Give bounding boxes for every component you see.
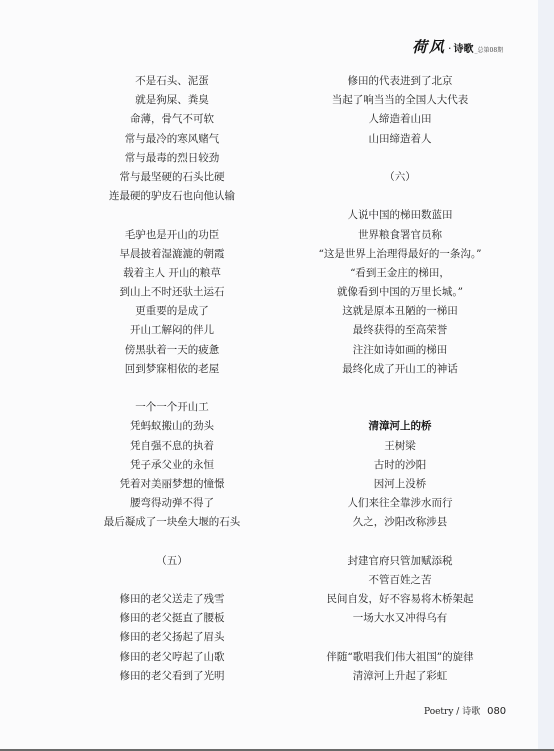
poem-line: 伴随“歌唱我们伟大祖国”的旋律 (290, 648, 510, 667)
poem-line: 早晨披着湿漉漉的朝霞 (62, 245, 282, 264)
poem-line: 凭子承父业的永恒 (62, 456, 282, 475)
poem-line: 修田的老父扬起了眉头 (62, 628, 282, 647)
poem-line: 凭着对美丽梦想的憧憬 (62, 475, 282, 494)
poem-line: 到山上不时还驮土运石 (62, 283, 282, 302)
poem-line: 修田的代表进到了北京 (290, 72, 510, 91)
poem-line: 久之，沙阳改称涉县 (290, 513, 510, 532)
poem-line: 一场大水又冲得乌有 (290, 609, 510, 628)
poem-line: 命薄，骨气不可软 (62, 110, 282, 129)
poem-line: 就像看到中国的万里长城。” (290, 283, 510, 302)
poem-line: 毛驴也是开山的功臣 (62, 226, 282, 245)
poem-line: 古时的沙阳 (290, 456, 510, 475)
poem-line: 凭自强不息的执着 (62, 437, 282, 456)
stanza-break (290, 533, 510, 552)
stanza-break (62, 571, 282, 590)
poem-line: 凭蚂蚁搬山的劲头 (62, 417, 282, 436)
stanza-break (290, 187, 510, 206)
magazine-page: 荷风 · 诗歌 _总第08期 不是石头、泥蛋就是狗屎、粪臭命薄，骨气不可软常与最… (0, 0, 538, 749)
poem-line: 这就是原本丑陋的一梯田 (290, 302, 510, 321)
page-number: 080 (487, 706, 506, 717)
stanza-break (290, 628, 510, 647)
page-footer: Poetry / 诗歌 080 (424, 704, 506, 717)
stanza-break (290, 398, 510, 417)
footer-label: Poetry / 诗歌 (424, 707, 480, 717)
poem-line: 清漳河上升起了彩虹 (290, 667, 510, 686)
poem-line: 回到梦寐相依的老屋 (62, 360, 282, 379)
poem-line: 腰弯得动弹不得了 (62, 494, 282, 513)
viewer-edge (538, 0, 554, 749)
poem-line: 不是石头、泥蛋 (62, 72, 282, 91)
poem-line: 修田的老父挺直了腰板 (62, 609, 282, 628)
poem-line: 最后凝成了一块垒大堰的石头 (62, 513, 282, 532)
poem-line: 开山工解闷的伴儿 (62, 321, 282, 340)
poem-line: （五） (62, 552, 282, 571)
poem-line: 就是狗屎、粪臭 (62, 91, 282, 110)
poem-line: 封建官府只管加赋添税 (290, 552, 510, 571)
poem-line: 修田的老父看到了光明 (62, 667, 282, 686)
poem-line: 常与最坚硬的石头比硬 (62, 168, 282, 187)
stanza-break (290, 379, 510, 398)
poem-line: 山田缔造着人 (290, 130, 510, 149)
poem-line: 当起了响当当的全国人大代表 (290, 91, 510, 110)
poem-line: 更重要的是成了 (62, 302, 282, 321)
poem-line: 连最硬的驴皮石也向他认输 (62, 187, 282, 206)
poem-line: “看到王金庄的梯田， (290, 264, 510, 283)
section-title: 诗歌 (454, 40, 474, 55)
poem-line: 不管百姓之苦 (290, 571, 510, 590)
issue-number: _总第08期 (475, 45, 504, 54)
magazine-brand: 荷风 (412, 36, 446, 57)
poem-line: “这是世界上治理得最好的一条沟。” (290, 245, 510, 264)
stanza-break (62, 206, 282, 225)
poem-line: 因河上没桥 (290, 475, 510, 494)
poem-title: 清漳河上的桥 (290, 417, 510, 436)
poem-line: 最终获得的至高荣誉 (290, 321, 510, 340)
poem-line: 载着主人 开山的粮草 (62, 264, 282, 283)
poem-line: （六） (290, 168, 510, 187)
stanza-break (290, 149, 510, 168)
poem-line: 世界粮食署官员称 (290, 226, 510, 245)
stanza-break (62, 533, 282, 552)
poem-line: 常与最冷的寒风赌气 (62, 130, 282, 149)
poem-column-right: 修田的代表进到了北京当起了响当当的全国人大代表人缔造着山田山田缔造着人（六）人说… (290, 72, 510, 686)
poem-line: 修田的老父送走了残雪 (62, 590, 282, 609)
poem-line: 王树梁 (290, 437, 510, 456)
poem-line: 修田的老父哼起了山歌 (62, 648, 282, 667)
poem-line: 注注如诗如画的梯田 (290, 341, 510, 360)
page-header: 荷风 · 诗歌 _总第08期 (412, 36, 503, 56)
poem-line: 人说中国的梯田数蓝田 (290, 206, 510, 225)
poem-line: 一个一个开山工 (62, 398, 282, 417)
poem-line: 人缔造着山田 (290, 110, 510, 129)
poem-line: 最终化成了开山工的神话 (290, 360, 510, 379)
poem-line: 常与最毒的烈日较劲 (62, 149, 282, 168)
poem-line: 傍黑驮着一天的疲惫 (62, 341, 282, 360)
poem-line: 民间自发，好不容易将木桥架起 (290, 590, 510, 609)
poem-line: 人们来往全靠涉水而行 (290, 494, 510, 513)
header-separator: · (448, 42, 452, 55)
poem-column-left: 不是石头、泥蛋就是狗屎、粪臭命薄，骨气不可软常与最冷的寒风赌气常与最毒的烈日较劲… (62, 72, 282, 686)
stanza-break (62, 379, 282, 398)
